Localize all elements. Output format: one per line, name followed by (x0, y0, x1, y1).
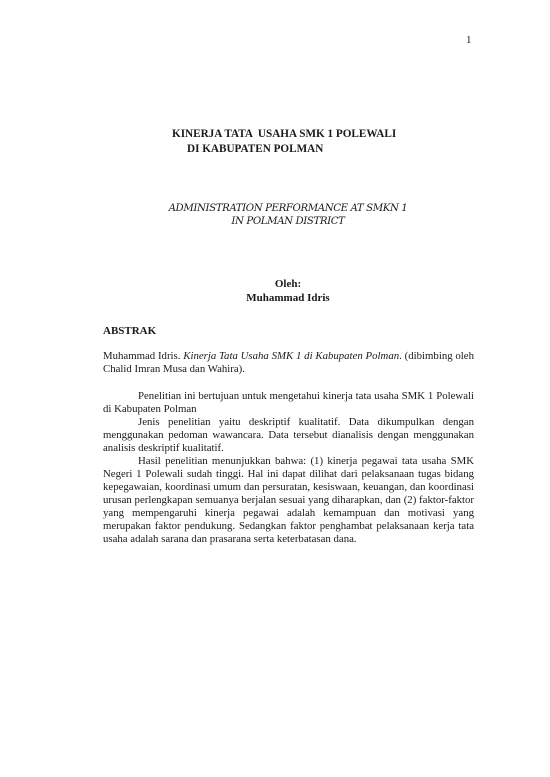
title-line-1: KINERJA TATA USAHA SMK 1 POLEWALI (103, 127, 473, 142)
title-line-2: DI KABUPATEN POLMAN (103, 142, 473, 157)
english-title-line-1: ADMINISTRATION PERFORMANCE AT SMKN 1 (103, 202, 473, 215)
english-title: ADMINISTRATION PERFORMANCE AT SMKN 1 IN … (103, 202, 473, 228)
citation-author: Muhammad Idris. (103, 350, 183, 362)
abstract-body: Penelitian ini bertujuan untuk mengetahu… (103, 390, 474, 546)
abstract-citation: Muhammad Idris. Kinerja Tata Usaha SMK 1… (103, 350, 474, 376)
author-name: Muhammad Idris (103, 291, 473, 305)
page-number: 1 (466, 34, 472, 46)
byline: Oleh: Muhammad Idris (103, 277, 473, 305)
abstract-paragraph-method: Jenis penelitian yaitu deskriptif kualit… (103, 416, 474, 455)
byline-label: Oleh: (103, 277, 473, 291)
abstract-heading: ABSTRAK (103, 325, 156, 337)
english-title-line-2: IN POLMAN DISTRICT (103, 215, 473, 228)
abstract-paragraph-results: Hasil penelitian menunjukkan bahwa: (1) … (103, 455, 474, 546)
document-title: KINERJA TATA USAHA SMK 1 POLEWALI DI KAB… (103, 127, 473, 157)
abstract-paragraph-purpose: Penelitian ini bertujuan untuk mengetahu… (103, 390, 474, 416)
citation-title: Kinerja Tata Usaha SMK 1 di Kabupaten Po… (183, 350, 399, 362)
